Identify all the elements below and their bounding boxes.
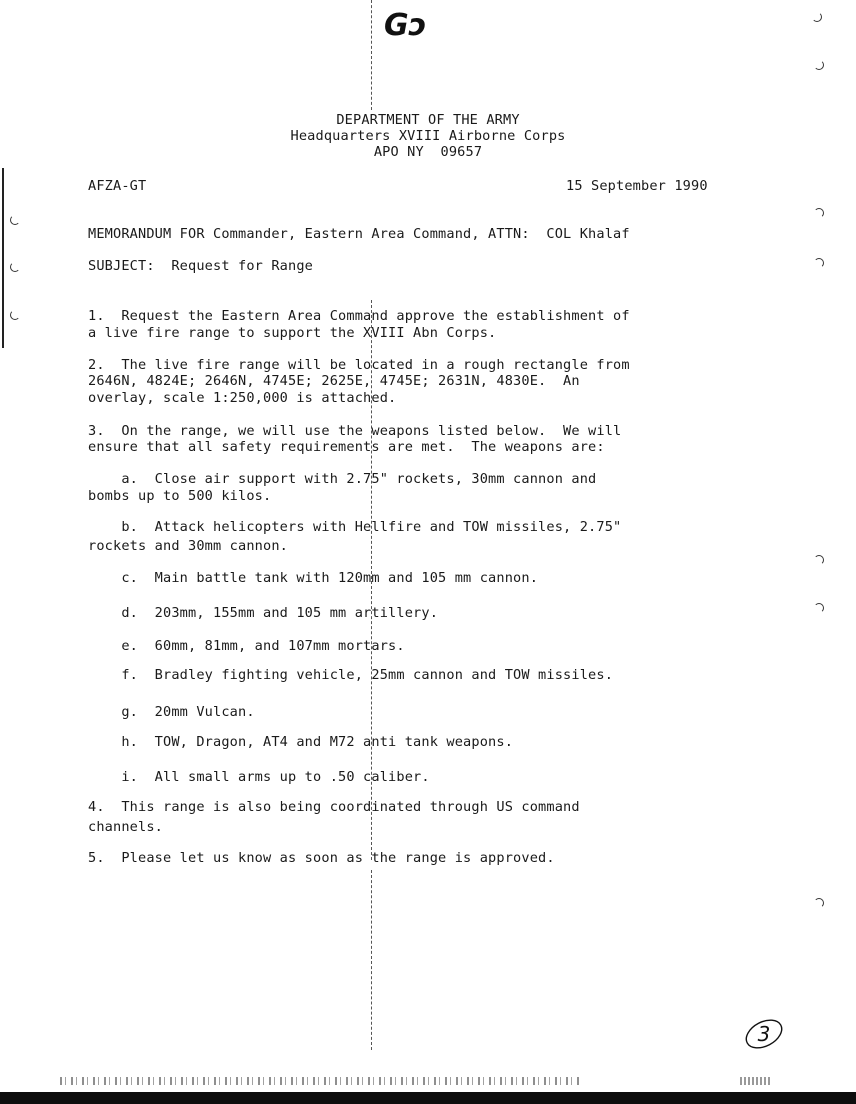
- circled-page-number-icon: 3: [743, 1018, 785, 1050]
- memorandum-for: MEMORANDUM FOR Commander, Eastern Area C…: [88, 226, 630, 242]
- paragraph-5: 5. Please let us know as soon as the ran…: [88, 850, 555, 866]
- svg-text:3: 3: [758, 1022, 771, 1046]
- hole-punch-mark: [814, 898, 824, 908]
- weapon-item-h: h. TOW, Dragon, AT4 and M72 anti tank we…: [88, 734, 513, 750]
- letterhead-address: APO NY 09657: [0, 144, 856, 160]
- scan-bottom-edge: [0, 1092, 856, 1104]
- paragraph-4-line-1: 4. This range is also being coordinated …: [88, 799, 580, 815]
- weapon-item-i: i. All small arms up to .50 caliber.: [88, 769, 430, 785]
- weapon-item-g: g. 20mm Vulcan.: [88, 704, 255, 720]
- weapon-item-d: d. 203mm, 155mm and 105 mm artillery.: [88, 605, 438, 621]
- paragraph-4-line-2: channels.: [88, 819, 163, 835]
- paragraph-3-line-2: ensure that all safety requirements are …: [88, 439, 605, 455]
- weapon-item-b-line-2: rockets and 30mm cannon.: [88, 538, 288, 554]
- subject-line: SUBJECT: Request for Range: [88, 258, 313, 274]
- handwritten-annotation: Gɔ: [384, 8, 426, 43]
- hole-punch-mark: [812, 12, 822, 22]
- hole-punch-mark: [814, 258, 824, 268]
- letterhead-headquarters: Headquarters XVIII Airborne Corps: [0, 128, 856, 144]
- paragraph-2-line-2: 2646N, 4824E; 2646N, 4745E; 2625E, 4745E…: [88, 373, 580, 389]
- scan-fold-line: [371, 870, 372, 1050]
- scan-edge-rule: [2, 168, 4, 348]
- weapon-item-a-line-1: a. Close air support with 2.75" rockets,…: [88, 471, 596, 487]
- paragraph-2-line-3: overlay, scale 1:250,000 is attached.: [88, 390, 396, 406]
- weapon-item-e: e. 60mm, 81mm, and 107mm mortars.: [88, 638, 405, 654]
- hole-punch-mark: [814, 60, 824, 70]
- letterhead-department: DEPARTMENT OF THE ARMY: [0, 112, 856, 128]
- hole-punch-mark: [814, 555, 824, 565]
- office-symbol: AFZA-GT: [88, 178, 146, 194]
- hole-punch-mark: [10, 310, 20, 320]
- scan-noise: [740, 1077, 770, 1085]
- paragraph-1-line-1: 1. Request the Eastern Area Command appr…: [88, 308, 630, 324]
- memo-page: Gɔ DEPARTMENT OF THE ARMY Headquarters X…: [0, 0, 856, 1104]
- memo-date: 15 September 1990: [566, 178, 708, 194]
- scan-fold-line: [371, 0, 372, 110]
- scan-noise: [60, 1077, 580, 1085]
- paragraph-3-line-1: 3. On the range, we will use the weapons…: [88, 423, 621, 439]
- hole-punch-mark: [10, 262, 20, 272]
- weapon-item-b-line-1: b. Attack helicopters with Hellfire and …: [88, 519, 621, 535]
- hole-punch-mark: [10, 215, 20, 225]
- paragraph-1-line-2: a live fire range to support the XVIII A…: [88, 325, 496, 341]
- hole-punch-mark: [814, 603, 824, 613]
- paragraph-2-line-1: 2. The live fire range will be located i…: [88, 357, 630, 373]
- weapon-item-c: c. Main battle tank with 120mm and 105 m…: [88, 570, 538, 586]
- hole-punch-mark: [814, 208, 824, 218]
- weapon-item-a-line-2: bombs up to 500 kilos.: [88, 488, 271, 504]
- weapon-item-f: f. Bradley fighting vehicle, 25mm cannon…: [88, 667, 613, 683]
